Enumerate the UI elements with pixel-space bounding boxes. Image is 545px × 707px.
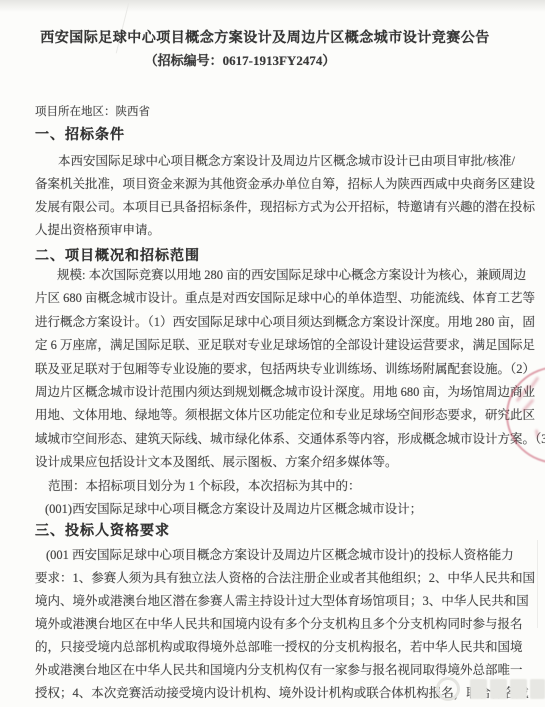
text-line: 片区 680 亩概念城市设计。重点是对西安国际足球中心的单体造型、功能流线、体育… — [35, 287, 535, 310]
text-line: 用地、文体用地、绿地等。须根据文体片区功能定位和专业足球场空间形态要求，研究此区 — [35, 404, 535, 427]
text-line: 的，只接受境内总部机构或取得境外总部唯一授权的分支机构报名，若中华人民共和国境 — [35, 636, 535, 659]
scan-edge-shadow — [0, 0, 545, 12]
text-line: 联及亚足联对于包厢等专业设施的要求，包括两块专业训练场、训练场附属配套设施。（2… — [35, 358, 535, 381]
section-heading-1: 一、招标条件 — [35, 124, 125, 144]
text-line: 定 6 万座席，满足国际足联、亚足联对专业足球场馆的全部设计建设运营要求，满足国… — [35, 334, 535, 357]
text-line: (001)西安国际足球中心项目概念方案设计及周边片区概念城市设计； — [35, 498, 535, 521]
text-line: 境外或港澳台地区在中华人民共和国境内设有多个分支机构且多个分支机构同时参与报名 — [35, 613, 535, 636]
text-line: (001 西安国际足球中心项目概念方案设计及周边片区概念城市设计)的投标人资格能… — [35, 544, 535, 567]
scanned-document-page: 西安国际足球中心项目概念方案设计及周边片区概念城市设计竞赛公告 （招标编号：06… — [0, 0, 545, 707]
scan-artifact-line — [537, 540, 538, 628]
text-line: 人提出资格预审申请。 — [35, 219, 535, 242]
text-line: 规模: 本次国际竞赛以用地 280 亩的西安国际足球中心概念方案设计为核心，兼顾… — [35, 264, 535, 287]
text-line: 备案机关批准，项目资金来源为其他资金承办单位自筹，招标人为陕西西咸中央商务区建设 — [35, 173, 535, 196]
document-title: 西安国际足球中心项目概念方案设计及周边片区概念城市设计竞赛公告 — [25, 27, 505, 47]
text-line: 发展有限公司。本项目已具备招标条件，现招标方式为公开招标，特邀请有兴趣的潜在投标 — [35, 196, 535, 219]
text-line: 要求：1、参赛人须为具有独立法人资格的合法注册企业或者其他组织；2、中华人民共和… — [35, 567, 535, 590]
text-line: 范围：本招标项目划分为 1 个标段，本次招标为其中的： — [35, 475, 535, 498]
text-line: 本西安国际足球中心项目概念方案设计及周边片区概念城市设计已由项目审批/核准/ — [35, 150, 535, 173]
project-location-line: 项目所在地区：陕西省 — [35, 103, 150, 119]
text-line: 授权；4、本次竞赛活动接受境内设计机构、境外设计机构或联合体机构报名，联合体各成 — [35, 682, 535, 705]
text-line: 周边片区概念城市设计范围内须达到规划概念城市设计深度。用地 680 亩，为场馆周… — [35, 381, 535, 404]
text-line: 境内、境外或港澳台地区潜在参赛人需主持设计过大型体育场馆项目；3、中华人民共和国 — [35, 590, 535, 613]
text-line: 进行概念方案设计。（1）西安国际足球中心项目须达到概念方案设计深度。用地 280… — [35, 311, 535, 334]
text-line: 设计成果应包括设计文本及图纸、展示图板、方案介绍多媒体等。 — [35, 451, 535, 474]
section-body-2: 规模: 本次国际竞赛以用地 280 亩的西安国际足球中心概念方案设计为核心，兼顾… — [35, 264, 535, 521]
text-line: 外或港澳台地区在中华人民共和国境内分支机构仅有一家参与报名视同取得境外总部唯一 — [35, 659, 535, 682]
section-heading-2: 二、项目概况和招标范围 — [35, 245, 200, 265]
section-body-3: (001 西安国际足球中心项目概念方案设计及周边片区概念城市设计)的投标人资格能… — [35, 544, 535, 705]
tender-number: （招标编号：0617-1913FY2474） — [25, 50, 455, 69]
text-line: 域城市空间形态、建筑天际线、城市绿化体系、交通体系等内容，形成概念城市设计方案。… — [35, 428, 535, 451]
section-body-1: 本西安国际足球中心项目概念方案设计及周边片区概念城市设计已由项目审批/核准/备案… — [35, 150, 535, 242]
section-heading-3: 三、投标人资格要求 — [35, 520, 170, 540]
